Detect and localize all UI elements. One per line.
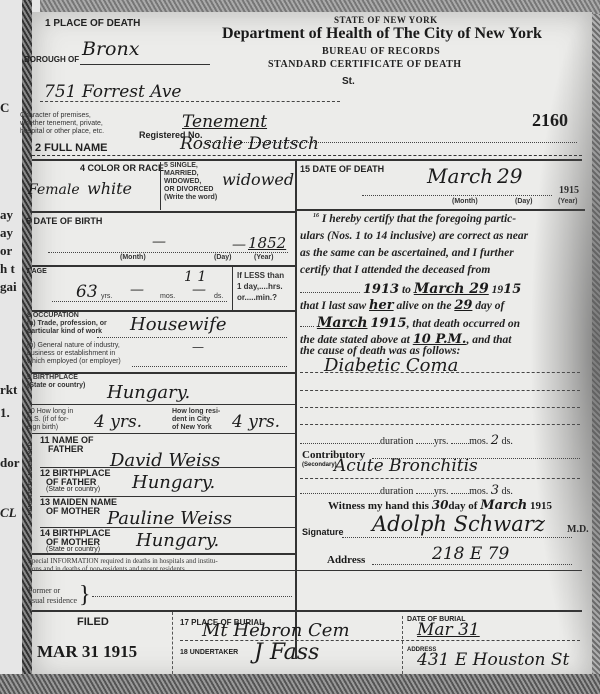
- death-month: March: [427, 164, 493, 188]
- bureau-title: BUREAU OF RECORDS: [322, 46, 440, 57]
- mother-birthplace-value: Hungary.: [136, 530, 219, 551]
- premises-value: Tenement: [182, 112, 267, 132]
- margin-fragment: gai: [0, 279, 17, 295]
- contributory-duration-line: duration yrs. mos. 3 ds.: [300, 483, 513, 498]
- parents-vertical-label: PARENTS OF DECEASED: [27, 442, 35, 515]
- full-name-label: 2 FULL NAME: [35, 142, 108, 154]
- death-day: 29: [497, 164, 522, 188]
- primary-duration-line: duration yrs. mos. 2 ds.: [300, 433, 513, 448]
- birthplace-value: Hungary.: [107, 382, 190, 403]
- burial-date-value: Mar 31: [417, 620, 480, 640]
- undertaker-label: 18 UNDERTAKER: [180, 649, 238, 656]
- margin-fragment: rkt: [0, 382, 17, 398]
- former-residence-label: Former or usual residence: [28, 586, 77, 606]
- dob-year-caption: (Year): [254, 254, 273, 262]
- industry-label: (b) General nature of industry, business…: [27, 342, 121, 366]
- father-birthplace-value: Hungary.: [132, 472, 215, 493]
- date-of-death-label: 15 DATE OF DEATH: [300, 164, 384, 174]
- premises-label: Character of premises, whether tenement,…: [20, 112, 104, 136]
- borough-value: Bronx: [82, 38, 139, 60]
- age-months-label: mos.: [160, 293, 175, 301]
- street-suffix: St.: [342, 76, 355, 87]
- mother-name-value: Pauline Weiss: [107, 508, 232, 529]
- address-value: 751 Forrest Ave: [44, 82, 181, 102]
- marital-status-label: 5 SINGLE, MARRIED, WIDOWED, OR DIVORCED …: [164, 162, 217, 202]
- margin-fragment: C: [0, 100, 9, 116]
- full-name-value: Rosalie Deutsch: [180, 134, 319, 154]
- age-years: 63: [76, 282, 98, 302]
- signature-value: Adolph Schwarz: [372, 512, 545, 536]
- borough-label: BOROUGH OF: [24, 55, 79, 64]
- undertaker-value: J Fass: [254, 640, 319, 665]
- scan-edge-bottom: [0, 674, 600, 694]
- dob-day-caption: (Day): [214, 254, 232, 262]
- dob-day: —: [232, 237, 246, 253]
- brace-icon: }: [79, 582, 91, 609]
- dob-label: 6 DATE OF BIRTH: [26, 216, 102, 226]
- cert-death-month-line: March 1915, that death occurred on: [300, 315, 520, 331]
- secondary-label: (Secondary): [302, 462, 337, 468]
- margin-fragment: CL: [0, 505, 17, 521]
- nyc-residence-label: How long resi- dent in City of New York: [172, 408, 220, 432]
- cert-line-3: as the same can be ascertained, and I fu…: [300, 247, 514, 259]
- nyc-residence-value: 4 yrs.: [232, 412, 280, 432]
- father-name-label: 11 NAME OF FATHER: [40, 436, 94, 454]
- less-than-day-label: If LESS than 1 day,....hrs. or.....min.?: [237, 270, 284, 303]
- state-title: STATE OF NEW YORK: [334, 15, 438, 25]
- cert-attended-line: 1913 to March 29 1915: [300, 281, 521, 297]
- death-day-caption: (Day): [515, 198, 533, 206]
- color-race-value: white: [87, 179, 132, 198]
- margin-fragment: ay: [0, 225, 13, 241]
- filed-label: FILED: [77, 616, 109, 628]
- witness-line: Witness my hand this 30day of March 1915: [328, 498, 552, 513]
- age-months: —: [130, 282, 144, 298]
- mother-name-label: 13 MAIDEN NAME OF MOTHER: [40, 498, 117, 516]
- dob-month: —: [152, 234, 166, 250]
- occupation-label: 8 OCCUPATION (a) Trade, profession, or p…: [27, 312, 107, 336]
- color-race-label: 4 COLOR OR RACE: [80, 163, 164, 173]
- margin-fragment: 1.: [0, 405, 10, 421]
- cert-last-saw-line: that I last saw her alive on the 29 day …: [300, 298, 504, 313]
- death-year: 1915: [559, 185, 579, 196]
- mother-birthplace-label: 14 BIRTHPLACE OF MOTHER (State or countr…: [40, 529, 111, 555]
- margin-fragment: h t: [0, 261, 15, 277]
- occupation-value: Housewife: [130, 314, 227, 335]
- industry-value: —: [192, 340, 204, 354]
- sex-value: Female: [28, 182, 80, 198]
- margin-fragment: or: [0, 243, 12, 259]
- age-years-label: yrs.: [101, 293, 112, 301]
- filed-date-stamp: MAR 31 1915: [37, 642, 137, 662]
- dob-year: 1852: [248, 234, 286, 252]
- death-month-caption: (Month): [452, 198, 478, 206]
- signature-suffix: M.D.: [567, 524, 589, 535]
- age-days: —: [192, 282, 206, 298]
- signature-label: Signature: [302, 527, 344, 537]
- registered-number: 2160: [532, 110, 568, 131]
- birthplace-label: 9 BIRTHPLACE (State or country): [27, 374, 85, 390]
- marital-status-value: widowed: [222, 170, 294, 189]
- us-residence-label: 10 How long in U.S. (if of for- eign bir…: [27, 408, 73, 432]
- contributory-cause: Acute Bronchitis: [334, 456, 478, 476]
- father-birthplace-label: 12 BIRTHPLACE OF FATHER (State or countr…: [40, 469, 111, 495]
- cert-line-4: certify that I attended the deceased fro…: [300, 264, 490, 276]
- cert-line-2: ulars (Nos. 1 to 14 inclusive) are corre…: [300, 230, 528, 242]
- margin-fragment: ay: [0, 207, 13, 223]
- place-of-death-label: 1 PLACE OF DEATH: [45, 18, 140, 29]
- dob-month-caption: (Month): [120, 254, 146, 262]
- burial-place-value: Mt Hebron Cem: [202, 620, 350, 641]
- death-certificate: 1 PLACE OF DEATH STATE OF NEW YORK Depar…: [32, 12, 592, 680]
- age-label: 7 AGE: [26, 268, 47, 275]
- cert-line-1: 16 I hereby certify that the foregoing p…: [313, 213, 516, 225]
- department-title: Department of Health of The City of New …: [222, 25, 542, 43]
- undertaker-address-value: 431 E Houston St: [417, 650, 569, 670]
- us-residence-value: 4 yrs.: [94, 412, 142, 432]
- death-year-caption: (Year): [558, 198, 577, 206]
- doctor-address-value: 218 E 79: [432, 544, 509, 564]
- age-days-label: ds.: [214, 293, 223, 301]
- certificate-title: STANDARD CERTIFICATE OF DEATH: [268, 59, 462, 70]
- doctor-address-label: Address: [327, 554, 365, 566]
